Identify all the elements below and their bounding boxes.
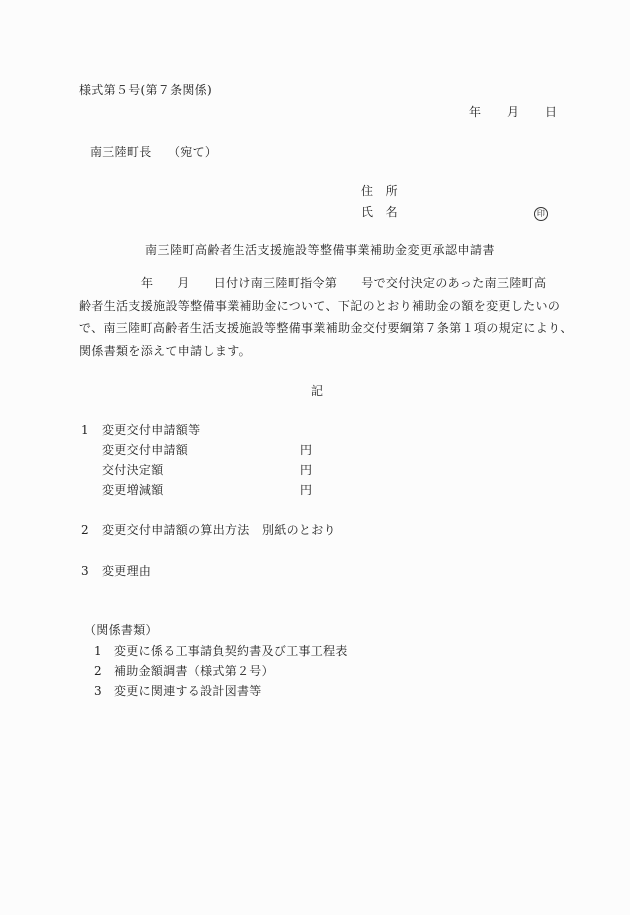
item-number: 1 (81, 424, 89, 436)
body-line-1: 年月日付け南三陸町指令第号で交付決定のあった南三陸町高 (79, 272, 559, 295)
body-month: 月 (177, 276, 189, 290)
addressee-suffix: （宛て） (168, 146, 217, 158)
document-title: 南三陸町高齢者生活支援施設等整備事業補助金変更承認申請書 (145, 244, 495, 256)
item-number: 3 (81, 565, 89, 577)
item-label: 変更交付申請額の算出方法 (102, 524, 250, 536)
related-doc-number: 1 (94, 645, 102, 657)
date-day-label: 日 (545, 106, 557, 118)
date-year-label: 年 (469, 106, 481, 118)
name-label: 氏 名 (361, 206, 398, 218)
sub-item-label: 変更増減額 (102, 484, 164, 496)
body-year: 年 (141, 276, 153, 290)
related-doc-label: 変更に係る工事請負契約書及び工事工程表 (114, 645, 348, 657)
related-doc-number: 2 (94, 665, 102, 677)
item-number: 2 (81, 524, 89, 536)
form-number: 様式第５号(第７条関係) (79, 84, 212, 96)
item-label: 変更交付申請額等 (102, 424, 200, 436)
body-paragraph: 年月日付け南三陸町指令第号で交付決定のあった南三陸町高 齢者生活支援施設等整備事… (79, 272, 559, 362)
sub-item-label: 交付決定額 (102, 464, 164, 476)
seal-icon: 印 (534, 207, 548, 221)
body-line-3: で、南三陸町高齢者生活支援施設等整備事業補助金交付要綱第７条第１項の規定により、 (79, 317, 559, 340)
item-label: 変更理由 (102, 565, 151, 577)
body-line-4: 関係書類を添えて申請します。 (79, 340, 559, 363)
sub-item-label: 変更交付申請額 (102, 444, 188, 456)
date-month-label: 月 (507, 106, 519, 118)
related-doc-number: 3 (94, 685, 102, 697)
related-docs-heading: （関係書類） (84, 624, 158, 636)
addressee-name: 南三陸町長 (90, 146, 152, 158)
sub-item-unit: 円 (300, 464, 312, 476)
address-label: 住 所 (361, 185, 398, 197)
related-doc-label: 変更に関連する設計図書等 (114, 685, 262, 697)
body-text-b: 号で交付決定のあった南三陸町高 (361, 276, 546, 290)
sub-item-unit: 円 (300, 444, 312, 456)
sub-item-unit: 円 (300, 484, 312, 496)
ki-heading: 記 (311, 385, 323, 397)
body-text-a: 日付け南三陸町指令第 (214, 276, 338, 290)
body-line-2: 齢者生活支援施設等整備事業補助金について、下記のとおり補助金の額を変更したいの (79, 295, 559, 318)
item-value: 別紙のとおり (262, 524, 336, 536)
seal-mark: 印 (534, 206, 548, 221)
related-doc-label: 補助金額調書（様式第２号） (114, 665, 274, 677)
